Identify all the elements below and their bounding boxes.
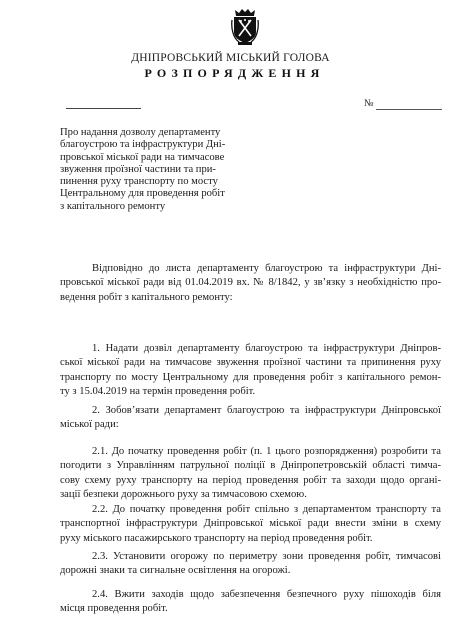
subject-line: з капітального ремонту (60, 201, 232, 213)
item-2-3-paragraph: 2.3. Установити огорожу по периметру зон… (60, 550, 441, 579)
issuing-authority: ДНІПРОВСЬКИЙ МІСЬКИЙ ГОЛОВА (0, 52, 461, 64)
item-2-paragraph: 2. Зобов’язати департамент благоустрою т… (60, 404, 441, 433)
document-type-title: РОЗПОРЯДЖЕННЯ (0, 66, 461, 81)
date-field-line (66, 108, 141, 109)
preamble-paragraph: Відповідно до листа департаменту благоус… (60, 262, 441, 305)
coat-of-arms-icon (231, 8, 259, 46)
subject-block: Про надання дозволу департаменту благоус… (60, 127, 232, 213)
subject-line: звуження проїзної частини та при- (60, 164, 232, 176)
number-field-line (376, 109, 442, 110)
item-1-paragraph: 1. Надати дозвіл департаменту благоустро… (60, 342, 441, 399)
subject-line: благоустрою та інфраструктури Дні- (60, 139, 232, 151)
subject-line: пинення руху транспорту по мосту (60, 176, 232, 188)
subject-line: Про надання дозволу департаменту (60, 127, 232, 139)
number-label: № (364, 98, 374, 109)
subject-line: провської міської ради на тимчасове (60, 152, 232, 164)
subject-line: Центральному для проведення робіт (60, 188, 232, 200)
item-2-4-paragraph: 2.4. Вжити заходів щодо забезпечення без… (60, 588, 441, 617)
item-2-2-paragraph: 2.2. До початку проведення робіт спільно… (60, 503, 441, 546)
item-2-1-paragraph: 2.1. До початку проведення робіт (п. 1 ц… (60, 445, 441, 502)
